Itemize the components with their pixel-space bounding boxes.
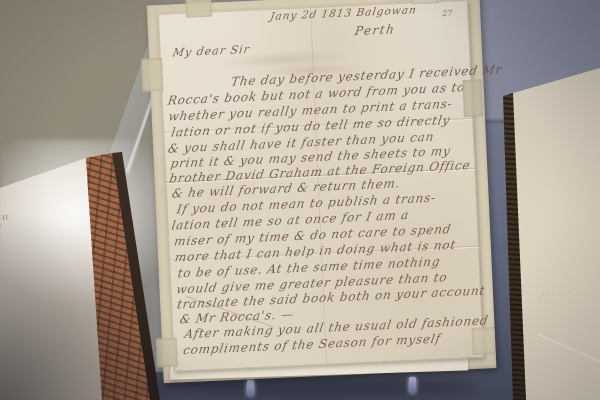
tape-tab	[156, 337, 178, 367]
acrylic-clip	[247, 380, 254, 396]
tape-tab	[472, 327, 496, 355]
tape-tab	[141, 58, 163, 92]
letter-mount: Jany 2d 1813 Balgowan 27 Perth My dear S…	[158, 0, 484, 372]
tape-tab	[462, 79, 483, 117]
letter-pencil-number: 27	[442, 9, 453, 18]
tape-tab	[185, 0, 212, 18]
acrylic-clip	[409, 377, 416, 393]
museum-display-case-photo: · · · · · · · · · · 25 CHAPTER II. …rmed…	[0, 0, 600, 400]
letter-paper: Jany 2d 1813 Balgowan 27 Perth My dear S…	[158, 0, 484, 372]
letter-place: Perth	[354, 22, 397, 38]
letter-dateline: Jany 2d 1813 Balgowan	[269, 4, 418, 23]
